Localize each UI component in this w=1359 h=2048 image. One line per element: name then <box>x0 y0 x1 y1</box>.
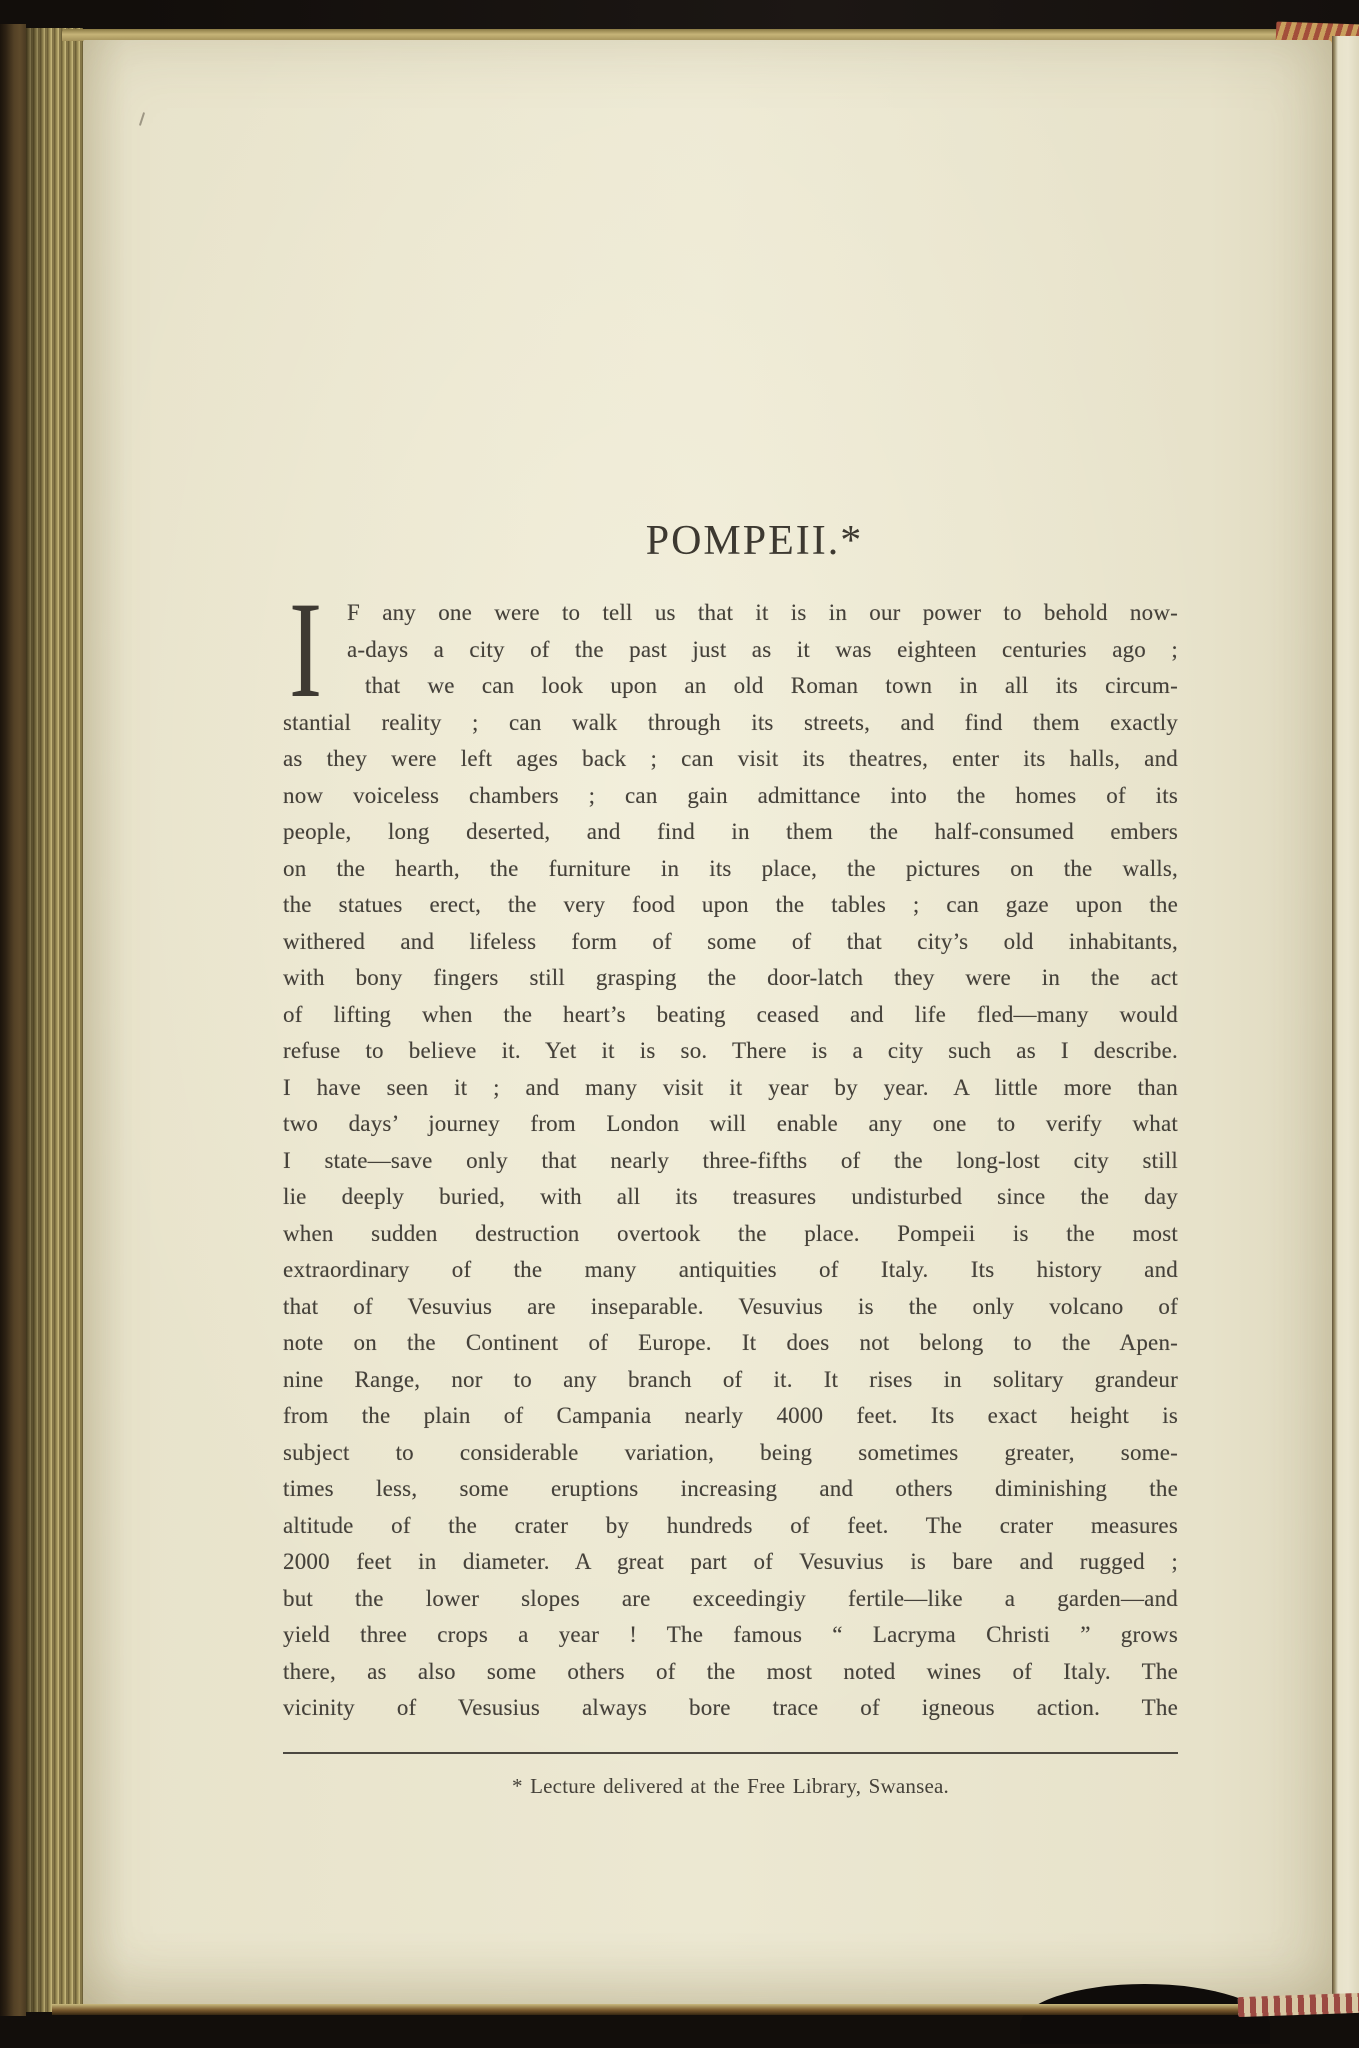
stray-pen-mark <box>139 112 145 126</box>
text-line: the statues erect, the very food upon th… <box>283 887 1178 924</box>
footnote-text: * Lecture delivered at the Free Library,… <box>283 1771 1178 1801</box>
text-line: two days’ journey from London will enabl… <box>283 1106 1178 1143</box>
text-line: note on the Continent of Europe. It does… <box>283 1325 1178 1362</box>
text-line: with bony fingers still grasping the doo… <box>283 960 1178 997</box>
text-line: people, long deserted, and find in them … <box>283 814 1178 851</box>
text-line: that of Vesuvius are inseparable. Vesuvi… <box>283 1289 1178 1326</box>
text-line: extraordinary of the many antiquities of… <box>283 1252 1178 1289</box>
next-page-edge <box>1332 36 1359 2004</box>
text-line: lie deeply buried, with all its treasure… <box>283 1179 1178 1216</box>
text-line: subject to considerable variation, being… <box>283 1435 1178 1472</box>
book-board-left <box>0 24 26 2016</box>
text-line: stantial reality ; can walk through its … <box>283 705 1178 742</box>
text-line: I state—save only that nearly three-fift… <box>283 1143 1178 1180</box>
text-line: F any one were to tell us that it is in … <box>283 595 1178 632</box>
text-line: yield three crops a year ! The famous “ … <box>283 1617 1178 1654</box>
text-line: of lifting when the heart’s beating ceas… <box>283 997 1178 1034</box>
text-line: on the hearth, the furniture in its plac… <box>283 851 1178 888</box>
text-line: vicinity of Vesusius always bore trace o… <box>283 1690 1178 1727</box>
text-line: from the plain of Campania nearly 4000 f… <box>283 1398 1178 1435</box>
text-line: as they were left ages back ; can visit … <box>283 741 1178 778</box>
paragraph-lines: F any one were to tell us that it is in … <box>283 595 1178 1727</box>
article-text: I F any one were to tell us that it is i… <box>283 595 1178 1727</box>
page-edges-stack <box>26 28 83 2012</box>
text-line: now voiceless chambers ; can gain admitt… <box>283 778 1178 815</box>
text-line: withered and lifeless form of some of th… <box>283 924 1178 961</box>
page-bottom-edge <box>52 2004 1252 2015</box>
text-line: when sudden destruction overtook the pla… <box>283 1216 1178 1253</box>
footnote-rule <box>283 1752 1178 1754</box>
text-line: nine Range, nor to any branch of it. It … <box>283 1362 1178 1399</box>
text-line: altitude of the crater by hundreds of fe… <box>283 1508 1178 1545</box>
page-title: POMPEII.* <box>307 520 1202 562</box>
endband-bottom <box>1238 1993 1359 2017</box>
text-line: refuse to believe it. Yet it is so. Ther… <box>283 1033 1178 1070</box>
text-line: but the lower slopes are exceedingiy fer… <box>283 1581 1178 1618</box>
text-line: that we can look upon an old Roman town … <box>283 668 1178 705</box>
drop-cap: I <box>289 581 322 719</box>
book-page: POMPEII.* I F any one were to tell us th… <box>83 40 1332 2010</box>
text-line: a-days a city of the past just as it was… <box>283 632 1178 669</box>
book-photo: POMPEII.* I F any one were to tell us th… <box>0 0 1359 2048</box>
text-line: there, as also some others of the most n… <box>283 1654 1178 1691</box>
text-line: 2000 feet in diameter. A great part of V… <box>283 1544 1178 1581</box>
text-line: I have seen it ; and many visit it year … <box>283 1070 1178 1107</box>
text-line: times less, some eruptions increasing an… <box>283 1471 1178 1508</box>
